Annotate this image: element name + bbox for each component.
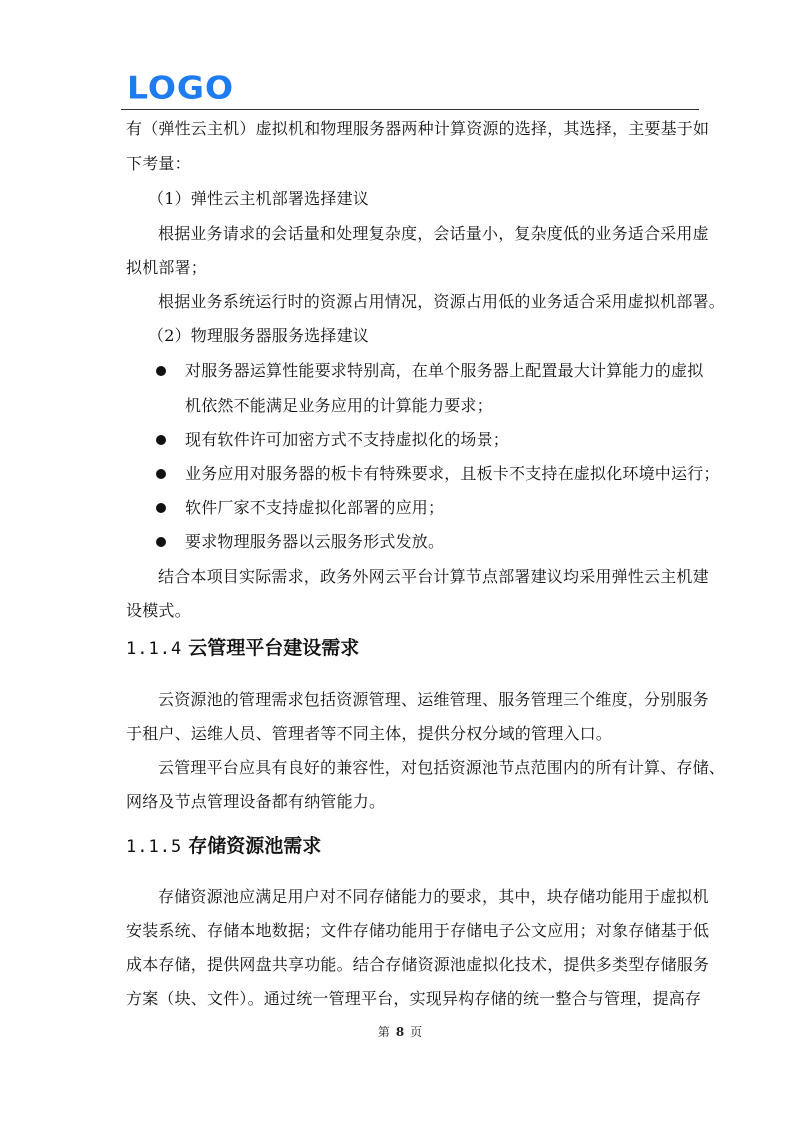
paragraph-line: 网络及节点管理设备都有纳管能力。 xyxy=(126,791,385,813)
bullet-icon xyxy=(156,503,166,513)
page-number: 8 xyxy=(396,1025,404,1039)
paragraph-line: 方案（块、文件）。通过统一管理平台，实现异构存储的统一整合与管理，提高存 xyxy=(126,988,701,1010)
paragraph-line: 设模式。 xyxy=(126,600,191,622)
header-divider xyxy=(121,109,699,110)
section-heading-1-1-5: 1.1.5存储资源池需求 xyxy=(126,834,321,859)
section-number: 1.1.4 xyxy=(126,639,182,659)
bullet-icon xyxy=(156,537,166,547)
subheading-elastic-cloud-host: （1）弹性云主机部署选择建议 xyxy=(148,188,369,210)
paragraph-line: 云资源池的管理需求包括资源管理、运维管理、服务管理三个维度，分别服务 xyxy=(158,689,709,711)
bullet-text-continued: 机依然不能满足业务应用的计算能力要求； xyxy=(185,395,493,417)
section-title: 云管理平台建设需求 xyxy=(188,637,359,659)
paragraph-line: 存储资源池应满足用户对不同存储能力的要求，其中，块存储功能用于虚拟机 xyxy=(158,886,709,908)
paragraph-line: 拟机部署； xyxy=(126,257,207,279)
intro-line: 有（弹性云主机）虚拟机和物理服务器两种计算资源的选择，其选择，主要基于如 xyxy=(126,118,709,140)
bullet-text: 软件厂家不支持虚拟化部署的应用； xyxy=(185,497,444,519)
page-label-prefix: 第 xyxy=(378,1025,390,1039)
bullet-text: 要求物理服务器以云服务形式发放。 xyxy=(185,531,444,553)
page-footer: 第8页 xyxy=(0,1023,800,1040)
page-label-suffix: 页 xyxy=(410,1025,422,1039)
bullet-text: 业务应用对服务器的板卡有特殊要求，且板卡不支持在虚拟化环境中运行； xyxy=(185,463,720,485)
intro-line: 下考量： xyxy=(126,153,191,175)
bullet-icon xyxy=(156,366,166,376)
subheading-physical-server: （2）物理服务器服务选择建议 xyxy=(148,325,369,347)
bullet-text: 对服务器运算性能要求特别高，在单个服务器上配置最大计算能力的虚拟 xyxy=(185,360,703,382)
paragraph-line: 安装系统、存储本地数据；文件存储功能用于存储电子公文应用；对象存储基于低 xyxy=(126,920,709,942)
bullet-icon xyxy=(156,435,166,445)
paragraph-line: 根据业务系统运行时的资源占用情况，资源占用低的业务适合采用虚拟机部署。 xyxy=(158,291,725,313)
bullet-text: 现有软件许可加密方式不支持虚拟化的场景； xyxy=(185,429,509,451)
logo: LOGO xyxy=(127,71,234,105)
section-title: 存储资源池需求 xyxy=(188,835,321,857)
paragraph-line: 结合本项目实际需求，政务外网云平台计算节点部署建议均采用弹性云主机建 xyxy=(158,566,709,588)
paragraph-line: 根据业务请求的会话量和处理复杂度，会话量小，复杂度低的业务适合采用虚 xyxy=(158,223,709,245)
section-heading-1-1-4: 1.1.4云管理平台建设需求 xyxy=(126,636,359,661)
paragraph-line: 成本存储，提供网盘共享功能。结合存储资源池虚拟化技术，提供多类型存储服务 xyxy=(126,954,709,976)
bullet-icon xyxy=(156,469,166,479)
paragraph-line: 云管理平台应具有良好的兼容性，对包括资源池节点范围内的所有计算、存储、 xyxy=(158,757,725,779)
paragraph-line: 于租户、运维人员、管理者等不同主体，提供分权分域的管理入口。 xyxy=(126,723,612,745)
section-number: 1.1.5 xyxy=(126,837,182,857)
